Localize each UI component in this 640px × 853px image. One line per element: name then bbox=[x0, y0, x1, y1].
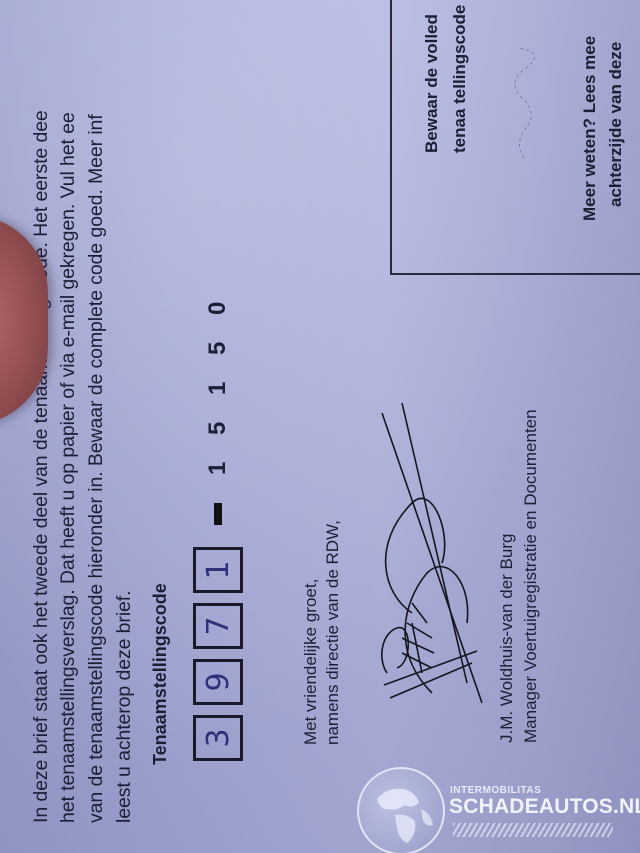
watermark-tread-stripes bbox=[453, 823, 613, 837]
info-box-line-1: Bewaar de volled bbox=[418, 5, 446, 153]
code-label: Tenaamstellingscode bbox=[150, 583, 171, 765]
intro-line-4: leest u achterop deze brief. bbox=[113, 591, 136, 823]
info-box-line-3: Meer weten? Lees mee bbox=[577, 36, 603, 221]
info-box-line-4: achterzijde van deze bbox=[603, 36, 629, 221]
handwritten-digit: 1 bbox=[201, 560, 236, 579]
signatory-name: J.M. Woldhuis-van der Burg bbox=[495, 409, 519, 743]
handwritten-digit: 7 bbox=[201, 616, 236, 635]
info-box: Bewaar de volled tenaa tellingscode Meer… bbox=[390, 0, 640, 275]
greeting-line-2: namens directie van de RDW, bbox=[322, 520, 344, 745]
greeting-line-1: Met vriendelijke groet, bbox=[300, 520, 322, 745]
greeting: Met vriendelijke groet, namens directie … bbox=[300, 520, 344, 745]
code-box-4: 1 bbox=[193, 547, 243, 593]
handwritten-digit: 3 bbox=[201, 728, 236, 747]
intro-line-3: van de tenaamstellingscode hieronder in.… bbox=[85, 114, 108, 823]
code-box-2: 9 bbox=[193, 659, 243, 705]
info-box-more-info: Meer weten? Lees mee achterzijde van dez… bbox=[577, 36, 629, 221]
faint-scribble bbox=[504, 43, 544, 163]
globe-icon bbox=[357, 767, 445, 853]
info-box-keep-code: Bewaar de volled tenaa tellingscode bbox=[418, 5, 474, 153]
watermark-logo: INTERMOBILITAS SCHADEAUTOS.NL bbox=[355, 765, 640, 853]
signature bbox=[372, 383, 502, 713]
signatory-title: Manager Voertuigregistratie en Documente… bbox=[519, 409, 543, 743]
handwritten-digit: 9 bbox=[201, 672, 236, 691]
intro-line-2: het tenaamstellingsverslag. Dat heeft u … bbox=[57, 112, 80, 823]
watermark-brand: SCHADEAUTOS.NL bbox=[449, 795, 640, 819]
code-row: 3 9 7 1 1 5 1 5 0 bbox=[193, 292, 243, 761]
printed-code: 1 5 1 5 0 bbox=[204, 292, 232, 475]
rdw-letter: In deze brief staat ook het tweede deel … bbox=[0, 0, 640, 853]
intro-line-1: In deze brief staat ook het tweede deel … bbox=[30, 110, 53, 823]
info-box-line-2: tenaa tellingscode bbox=[446, 5, 474, 153]
code-box-3: 7 bbox=[193, 603, 243, 649]
code-box-1: 3 bbox=[193, 715, 243, 761]
code-separator-dash bbox=[214, 503, 222, 525]
signatory: J.M. Woldhuis-van der Burg Manager Voert… bbox=[495, 409, 543, 743]
